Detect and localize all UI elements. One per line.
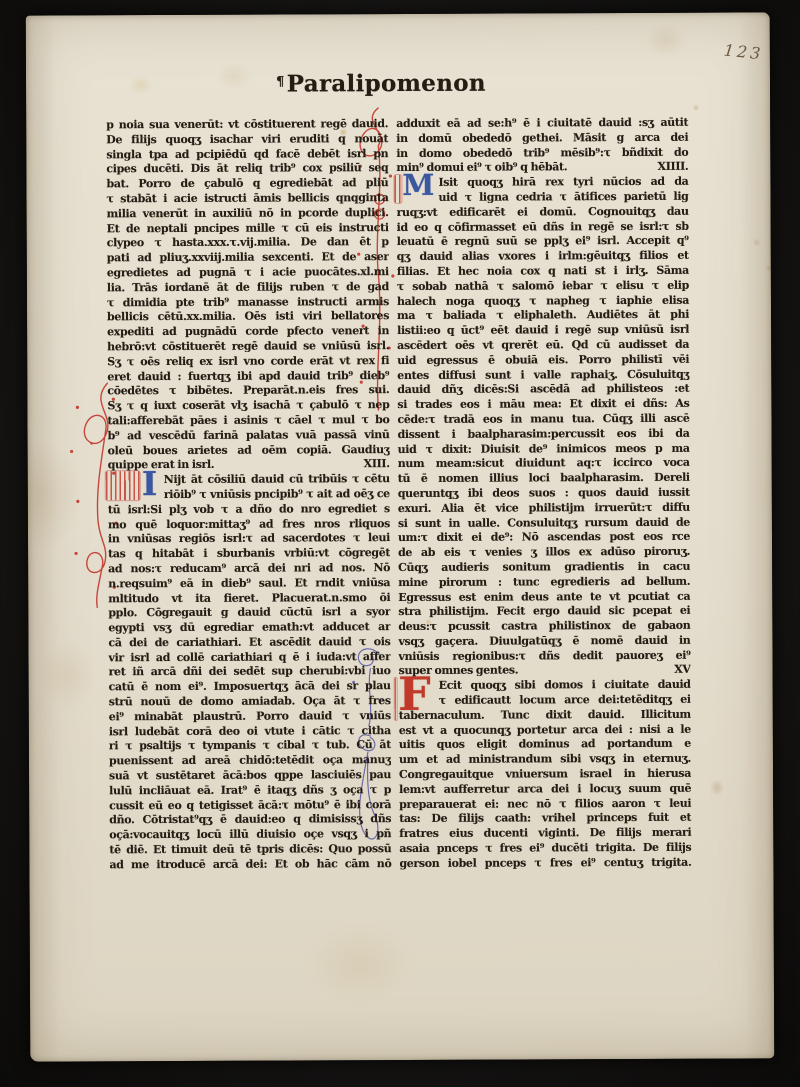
text-line: listii:eo q ūct⁹ eēt dauid i regē sup vn… <box>397 323 689 339</box>
text-line: ruqʒ:vt edificarēt ei domū. Cognouitqʒ d… <box>397 205 689 221</box>
right-column: adduxit eā ad se:h⁹ ē i ciuitatē dauid :… <box>396 116 691 872</box>
text-line: Congregauitque vniuersum israel in hieru… <box>399 767 691 783</box>
text-line: queruntqʒ ibi deos suos : quos dauid ius… <box>398 486 690 502</box>
text-line: vir isrl ad collē cariathiari q ē i iuda… <box>108 650 390 666</box>
text-line: uitis quos eligit dominus ad portandum e <box>399 737 691 753</box>
text-line: halech noga quoqʒ τ napheg τ iaphie elis… <box>397 293 689 309</box>
text-line: Egressus est enim deus ante te vt pcutia… <box>398 589 690 605</box>
text-line: pplo. Cōgregauit g dauid cūctū isrl a sy… <box>108 605 390 621</box>
text-line: catū ē nom ei⁹. Imposuertqʒ ācā dei sr p… <box>109 679 391 695</box>
text-line: ri τ psaltijs τ tympanis τ cibal τ tub. … <box>109 739 391 755</box>
running-title: ¶Paralipomenon <box>266 70 496 98</box>
text-line: p noia sua venerūt: vt cōstituerent regē… <box>106 117 388 133</box>
text-line: uid τ dixit: Diuisit de⁹ inimicos meos p… <box>398 441 690 457</box>
text-line: b⁹ ad vescēdū farinā palatas vuā passā v… <box>108 428 390 444</box>
text-line: asaia pnceps τ fres ei⁹ ducēti trigita. … <box>399 841 691 857</box>
text-line: puenissent ad areā chidō:tetēdit oça man… <box>109 753 391 769</box>
text-line: Isit quoqʒ hirā rex tyri nūcios ad da <box>396 175 688 191</box>
text-line: si sunt in ualle. Consuluitqʒ rursum dau… <box>398 515 690 531</box>
text-line: preparauerat ei: nec nō τ filios aaron τ… <box>399 796 691 812</box>
text-line: ad nos:τ reducam⁹ arcā dei nri ad nos. N… <box>108 561 390 577</box>
left-column: p noia sua venerūt: vt cōstituerent regē… <box>106 117 391 873</box>
text-line: τ dimidia pte trib⁹ manasse instructi ar… <box>107 295 389 311</box>
text-line: oleū boues arietes ad oēm copiā. Gaudiuʒ <box>108 443 390 459</box>
text-line: gerson iobel pnceps τ fres ei⁹ centuʒ tr… <box>399 856 691 872</box>
text-line: num meam:sicut diuidunt aq:τ iccirco voc… <box>398 456 690 472</box>
text-line: um:τ dixit ei de⁹: Nō ascendas post eos … <box>398 530 690 546</box>
text-line: cēde:τ tradā eos in manu tua. Cūqʒ illi … <box>397 412 689 428</box>
text-line: in domo obededō trib⁹ mēsib⁹:τ bñdixit d… <box>396 145 688 161</box>
text-line: uid τ ligna cedria τ ātifices parietū li… <box>396 190 688 206</box>
text-line: vsqʒ gaçera. Diuulgatūqʒ ē nomē dauid in <box>398 634 690 650</box>
text-line: Ecit quoqʒ sibi domos i ciuitate dauid <box>399 678 691 694</box>
text-line: cā dei de cariathiari. Et ascēdit dauid … <box>108 635 390 651</box>
text-line: adduxit eā ad se:h⁹ ē i ciuitatē dauid :… <box>396 116 688 132</box>
text-line: de ab eis τ venies ʒ illos ex adūso piro… <box>398 545 690 561</box>
handwritten-folio-number: 123 <box>723 41 764 64</box>
text-line: ret iñ arcā dñi dei sedēt sup cherubi:vb… <box>109 665 391 681</box>
text-line: egredietes ad pugnā τ i acie puocātes.xl… <box>107 265 389 281</box>
text-line: De filijs quoqʒ isachar viri eruditi q n… <box>106 132 388 148</box>
text-line: cussit eū eo q tetigisset ācā:τ mōtu⁹ ē … <box>109 798 391 814</box>
text-line: riōib⁹ τ vniūsis pncipib⁹ τ ait ad oēʒ c… <box>108 487 390 503</box>
text-line: expediti ad pugnādū corde pfecto venert … <box>107 324 389 340</box>
chapter-number: XIIII. <box>657 160 688 175</box>
text-line: Nijt āt cōsiliū dauid cū tribūis τ cētu <box>108 472 390 488</box>
text-line: lem:vt aufferretur arca dei i locuʒ suum… <box>399 782 691 798</box>
text-line: clypeo τ hasta.xxx.τ.vij.milia. De dan ē… <box>107 235 389 251</box>
text-line: tas: De filijs caath: vrihel princeps fu… <box>399 811 691 827</box>
text-line: egypti vsʒ dū egrediar emath:vt adducet … <box>108 620 390 636</box>
text-line: tas q hitabāt i sburbanis vrbiū:vt cōgre… <box>108 546 390 562</box>
text-line: qʒ dauid alias vxores i irlm:gēuitqʒ fil… <box>397 249 689 265</box>
text-line: τ edificautt locum arce dei:tetēditqʒ ei <box>399 693 691 709</box>
text-line: tabernaculum. Tunc dixit dauid. Illicitu… <box>399 708 691 724</box>
text-line: strū nouū de domo amiadab. Oça āt τ fres <box>109 694 391 710</box>
text-line: lia. Trās iordanē āt de filijs ruben τ d… <box>107 280 389 296</box>
text-line: Cūqʒ audieris sonitum gradientis in cacu <box>398 560 690 576</box>
text-line: fratres eius ducenti viginti. De filijs … <box>399 826 691 842</box>
text-line: ei⁹ minabāt plaustrū. Porro dauid τ vniū… <box>109 709 391 725</box>
text-line: Et de neptali pncipes mille τ cū eis ins… <box>107 221 389 237</box>
text-line: bat. Porro de çabulō q egrediebāt ad pli… <box>106 176 388 192</box>
red-penwork-ornament <box>395 678 398 720</box>
text-line: mo quē loquor:mittaʒ⁹ ad fres nros rliqu… <box>108 517 390 533</box>
chapter-number: XV <box>674 663 690 678</box>
text-line: τ sobab nathā τ salomō iebar τ elisu τ e… <box>397 279 689 295</box>
text-line: ascēdert oēs vt qrerēt eū. Qd cū audisse… <box>397 338 689 354</box>
text-line: in vniūsas regiōs isrl:τ ad sacerdotes τ… <box>108 531 390 547</box>
text-line: leuatū ē regnū suū se pplʒ ei⁹ isrl. Acc… <box>397 234 689 250</box>
text-line: dauid dñʒ dicēs:Si ascēdā ad philisteos … <box>397 382 689 398</box>
text-line: oçā:vocauitqʒ locū illū diuisio oçe vsqʒ… <box>109 827 391 843</box>
text-line: Sʒ τ q iuxt coserāt vlʒ isachā τ çabulō … <box>107 398 389 414</box>
text-line-content: super omnes gentes. <box>399 664 519 679</box>
text-line: pati ad pliuʒ.xxviij.milia sexcenti. Et … <box>107 250 389 266</box>
text-line: τ stabāt i acie istructi āmis bellicis q… <box>106 191 388 207</box>
text-line: filias. Et hec noia cox q nati st i irlʒ… <box>397 264 689 280</box>
text-line: est vt a quocunqʒ portetur arca dei : ni… <box>399 722 691 738</box>
text-line: in domū obededō gethei. Māsit g arca dei <box>396 131 688 147</box>
text-line: id eo q cōfirmasset eū dñs in regē se is… <box>397 219 689 235</box>
text-line: n.reqsuim⁹ eā in dieb⁹ saul. Et rndit vn… <box>108 576 390 592</box>
chapter-number: XIII. <box>364 457 390 472</box>
text-line: mine pirorum : tunc egredieris ad bellum… <box>398 574 690 590</box>
paragraph-mark-icon: ¶ <box>276 74 285 89</box>
text-line-content: quippe erat in isrl. <box>108 458 215 473</box>
text-line: ad me itroducē arcā dei: Et ob hāc cām n… <box>109 857 391 873</box>
text-line: tū ē nomen illius loci baalpharasim. Der… <box>398 471 690 487</box>
text-line: isrl ludebāt corā deo oi vtute i cātic τ… <box>109 724 391 740</box>
text-line: cōedētes τ bibētes. Preparāt.n.eis fres … <box>107 383 389 399</box>
text-line: stra philistijm. Fecit ergo dauid sic pc… <box>398 604 690 620</box>
text-line: eret dauid : fuertqʒ ibi apd dauid trib⁹… <box>107 369 389 385</box>
text-line: quippe erat in isrl.XIII. <box>108 457 390 473</box>
text-line: exuri. Alia ēt vice philistijm irruerūt:… <box>398 500 690 516</box>
text-line-content: min⁹ domui ei⁹ τ oib⁹ q hēbāt. <box>396 161 567 177</box>
text-line: super omnes gentes.XV <box>399 663 691 679</box>
text-line: cipes ducēti. Dis āt reliq trib⁹ cox psi… <box>106 161 388 177</box>
text-line: hebrō:vt cōstituerēt regē dauid se vniūs… <box>107 339 389 355</box>
text-line: si trades eos i māu mea: Et dixit ei dñs… <box>397 397 689 413</box>
text-line: tū isrl:Si plʒ vob τ a dño do nro egredi… <box>108 502 390 518</box>
text-line: ma τ baliada τ eliphaleth. Audiētes āt p… <box>397 308 689 324</box>
text-line: min⁹ domui ei⁹ τ oib⁹ q hēbāt.XIIII. <box>396 160 688 176</box>
text-line: suā vt sustētaret ācā:bos qppe lasciuiēs… <box>109 768 391 784</box>
text-line: milia venerūt in auxiliū nō in pcorde du… <box>107 206 389 222</box>
text-line: Sʒ τ oēs reliq ex isrl vno corde erāt vt… <box>107 354 389 370</box>
text-line: bellicis cētū.xx.milia. Oēs isti viri be… <box>107 309 389 325</box>
text-line: tali:afferebāt pāes i asinis τ cāel τ mu… <box>107 413 389 429</box>
text-line: entes diffusi sunt i valle raphaiʒ. Cōsu… <box>397 367 689 383</box>
manuscript-leaf: ¶Paralipomenon 123 I M <box>26 12 775 1061</box>
running-title-text: Paralipomenon <box>287 70 486 98</box>
text-line: mltitudo vt ita fieret. Placuerat.n.smo … <box>108 591 390 607</box>
text-line: lulū incliāuat eā. Irat⁹ ē itaqʒ dñs ʒ o… <box>109 783 391 799</box>
text-line: tē diē. Et timuit deū tē tpris dicēs: Qu… <box>109 842 391 858</box>
text-line: vniūsis regionibus:τ dñs dedit pauoreʒ e… <box>398 648 690 664</box>
text-line: singla tpa ad pcipiēdū qd facē debēt isr… <box>106 147 388 163</box>
text-line: uid egressus ē obuiā eis. Porro philistī… <box>397 352 689 368</box>
text-line: dño. Cōtristat⁹qʒ ē dauid:eo q dimisissʒ… <box>109 812 391 828</box>
text-line: dissent i baalpharasim:percussit eos ibi… <box>398 426 690 442</box>
text-line: deus:τ pcussit castra philistinox de gab… <box>398 619 690 635</box>
text-line: um et ad ministrandum sibi vsqʒ in etern… <box>399 752 691 768</box>
